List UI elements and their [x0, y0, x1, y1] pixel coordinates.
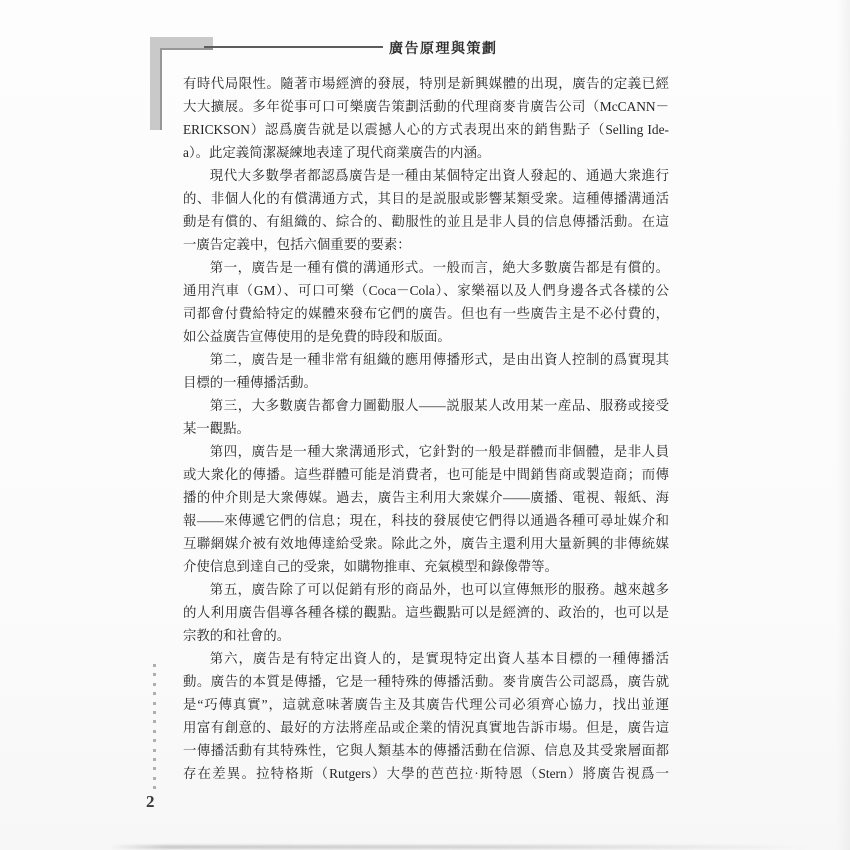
text-line: 互聯網媒介被有效地傳達給受衆。除此之外，廣告主還利用大量新興的非傳統媒 [183, 532, 669, 555]
dot [153, 720, 156, 723]
dot [153, 683, 156, 686]
paragraph: 第四，廣告是一種大衆溝通形式，它針對的一般是群體而非個體，是非人員或大衆化的傳播… [183, 440, 669, 578]
text-line: 如公益廣告宣傳使用的是免費的時段和版面。 [183, 325, 669, 348]
dot [153, 739, 156, 742]
corner-bracket-shadow [160, 48, 162, 130]
text-line: 大大擴展。多年從事可口可樂廣告策劃活動的代理商麥肯廣告公司（McCANN－ [183, 95, 669, 118]
running-head-rule [204, 46, 383, 48]
page-edge-shadow [110, 845, 810, 849]
dot [153, 749, 156, 752]
text-line: ERICKSON）認爲廣告就是以震撼人心的方式表現出來的銷售點子（Selling… [183, 118, 669, 141]
text-line: 目標的一種傳播活動。 [183, 371, 669, 394]
text-line: 第一，廣告是一種有償的溝通形式。一般而言，絶大多數廣告都是有償的。 [183, 256, 669, 279]
dot [153, 777, 156, 780]
paragraph: 現代大多數學者都認爲廣告是一種由某個特定出資人發起的、通過大衆進行的、非個人化的… [183, 164, 669, 256]
text-line: 或大衆化的傳播。這些群體可能是消費者，也可能是中間銷售商或製造商；而傳 [183, 463, 669, 486]
text-line: 是“巧傳真實”，這就意味著廣告主及其廣告代理公司必須齊心協力，找出並運 [183, 693, 669, 716]
text-line: 的人利用廣告倡導各種各樣的觀點。這些觀點可以是經濟的、政治的，也可以是 [183, 601, 669, 624]
body-text: 有時代局限性。隨著市場經濟的發展，特別是新興媒體的出現，廣告的定義已經大大擴展。… [183, 72, 669, 785]
dot [153, 786, 156, 789]
text-line: 介使信息到達自己的受衆，如購物推車、充氣模型和錄像帶等。 [183, 555, 669, 578]
text-line: 動。廣告的本質是傳播，它是一種特殊的傳播活動。麥肯廣告公司認爲，廣告就 [183, 670, 669, 693]
text-line: 司都會付費給特定的媒體來發布它們的廣告。但也有一些廣告主是不必付費的， [183, 302, 669, 325]
corner-bracket-ornament [150, 37, 160, 130]
text-line: 第二，廣告是一種非常有組織的應用傳播形式，是由出資人控制的爲實現其 [183, 348, 669, 371]
text-line: 第三，大多數廣告都會力圖勸服人——説服某人改用某一産品、服務或接受 [183, 394, 669, 417]
dot [153, 702, 156, 705]
text-line: 存在差異。拉特格斯（Rutgers）大學的芭芭拉·斯特恩（Stern）將廣告視爲… [183, 762, 669, 785]
paragraph: 第五，廣告除了可以促銷有形的商品外，也可以宣傳無形的服務。越來越多的人利用廣告倡… [183, 578, 669, 647]
corner-bracket-shadow [160, 48, 213, 50]
dot [153, 758, 156, 761]
text-line: 第六，廣告是有特定出資人的，是實現特定出資人基本目標的一種傳播活 [183, 647, 669, 670]
page-number: 2 [146, 792, 155, 812]
text-line: 一傳播活動有其特殊性，它與人類基本的傳播活動在信源、信息及其受衆層面都 [183, 739, 669, 762]
paragraph: 有時代局限性。隨著市場經濟的發展，特別是新興媒體的出現，廣告的定義已經大大擴展。… [183, 72, 669, 164]
text-line: 用富有創意的、最好的方法將産品或企業的情況真實地告訴市場。但是，廣告這 [183, 716, 669, 739]
paragraph: 第一，廣告是一種有償的溝通形式。一般而言，絶大多數廣告都是有償的。通用汽車（GM… [183, 256, 669, 348]
book-page: 廣告原理與策劃 有時代局限性。隨著市場經濟的發展，特別是新興媒體的出現，廣告的定… [0, 0, 850, 850]
text-line: 報——來傳遞它們的信息；現在，科技的發展使它們得以通過各種可尋址媒介和 [183, 509, 669, 532]
text-line: 播的仲介則是大衆傳媒。過去，廣告主利用大衆媒介——廣播、電視、報紙、海 [183, 486, 669, 509]
text-line: 有時代局限性。隨著市場經濟的發展，特別是新興媒體的出現，廣告的定義已經 [183, 72, 669, 95]
text-line: 某一觀點。 [183, 417, 669, 440]
text-line: 一廣告定義中，包括六個重要的要素： [183, 233, 669, 256]
page-edge-shade [836, 0, 850, 850]
dot [153, 711, 156, 714]
text-line: 的、非個人化的有償溝通方式，其目的是説服或影響某類受衆。這種傳播溝通活 [183, 187, 669, 210]
text-line: a）。此定義简潔凝練地表達了現代商業廣告的内涵。 [183, 141, 669, 164]
paragraph: 第六，廣告是有特定出資人的，是實現特定出資人基本目標的一種傳播活動。廣告的本質是… [183, 647, 669, 785]
text-line: 動是有償的、有組織的、綜合的、勸服性的並且是非人員的信息傳播活動。在這 [183, 210, 669, 233]
text-line: 第四，廣告是一種大衆溝通形式，它針對的一般是群體而非個體，是非人員 [183, 440, 669, 463]
paragraph: 第二，廣告是一種非常有組織的應用傳播形式，是由出資人控制的爲實現其目標的一種傳播… [183, 348, 669, 394]
dot [153, 692, 156, 695]
paragraph: 第三，大多數廣告都會力圖勸服人——説服某人改用某一産品、服務或接受某一觀點。 [183, 394, 669, 440]
text-line: 宗教的和社會的。 [183, 624, 669, 647]
text-line: 通用汽車（GM）、可口可樂（Coca－Cola）、家樂福以及人們身邊各式各樣的公 [183, 279, 669, 302]
dot [153, 664, 156, 667]
dot [153, 673, 156, 676]
text-line: 現代大多數學者都認爲廣告是一種由某個特定出資人發起的、通過大衆進行 [183, 164, 669, 187]
running-head-title: 廣告原理與策劃 [389, 38, 498, 58]
text-line: 第五，廣告除了可以促銷有形的商品外，也可以宣傳無形的服務。越來越多 [183, 578, 669, 601]
dot [153, 730, 156, 733]
dot [153, 767, 156, 770]
dotted-margin-ornament [153, 664, 157, 795]
